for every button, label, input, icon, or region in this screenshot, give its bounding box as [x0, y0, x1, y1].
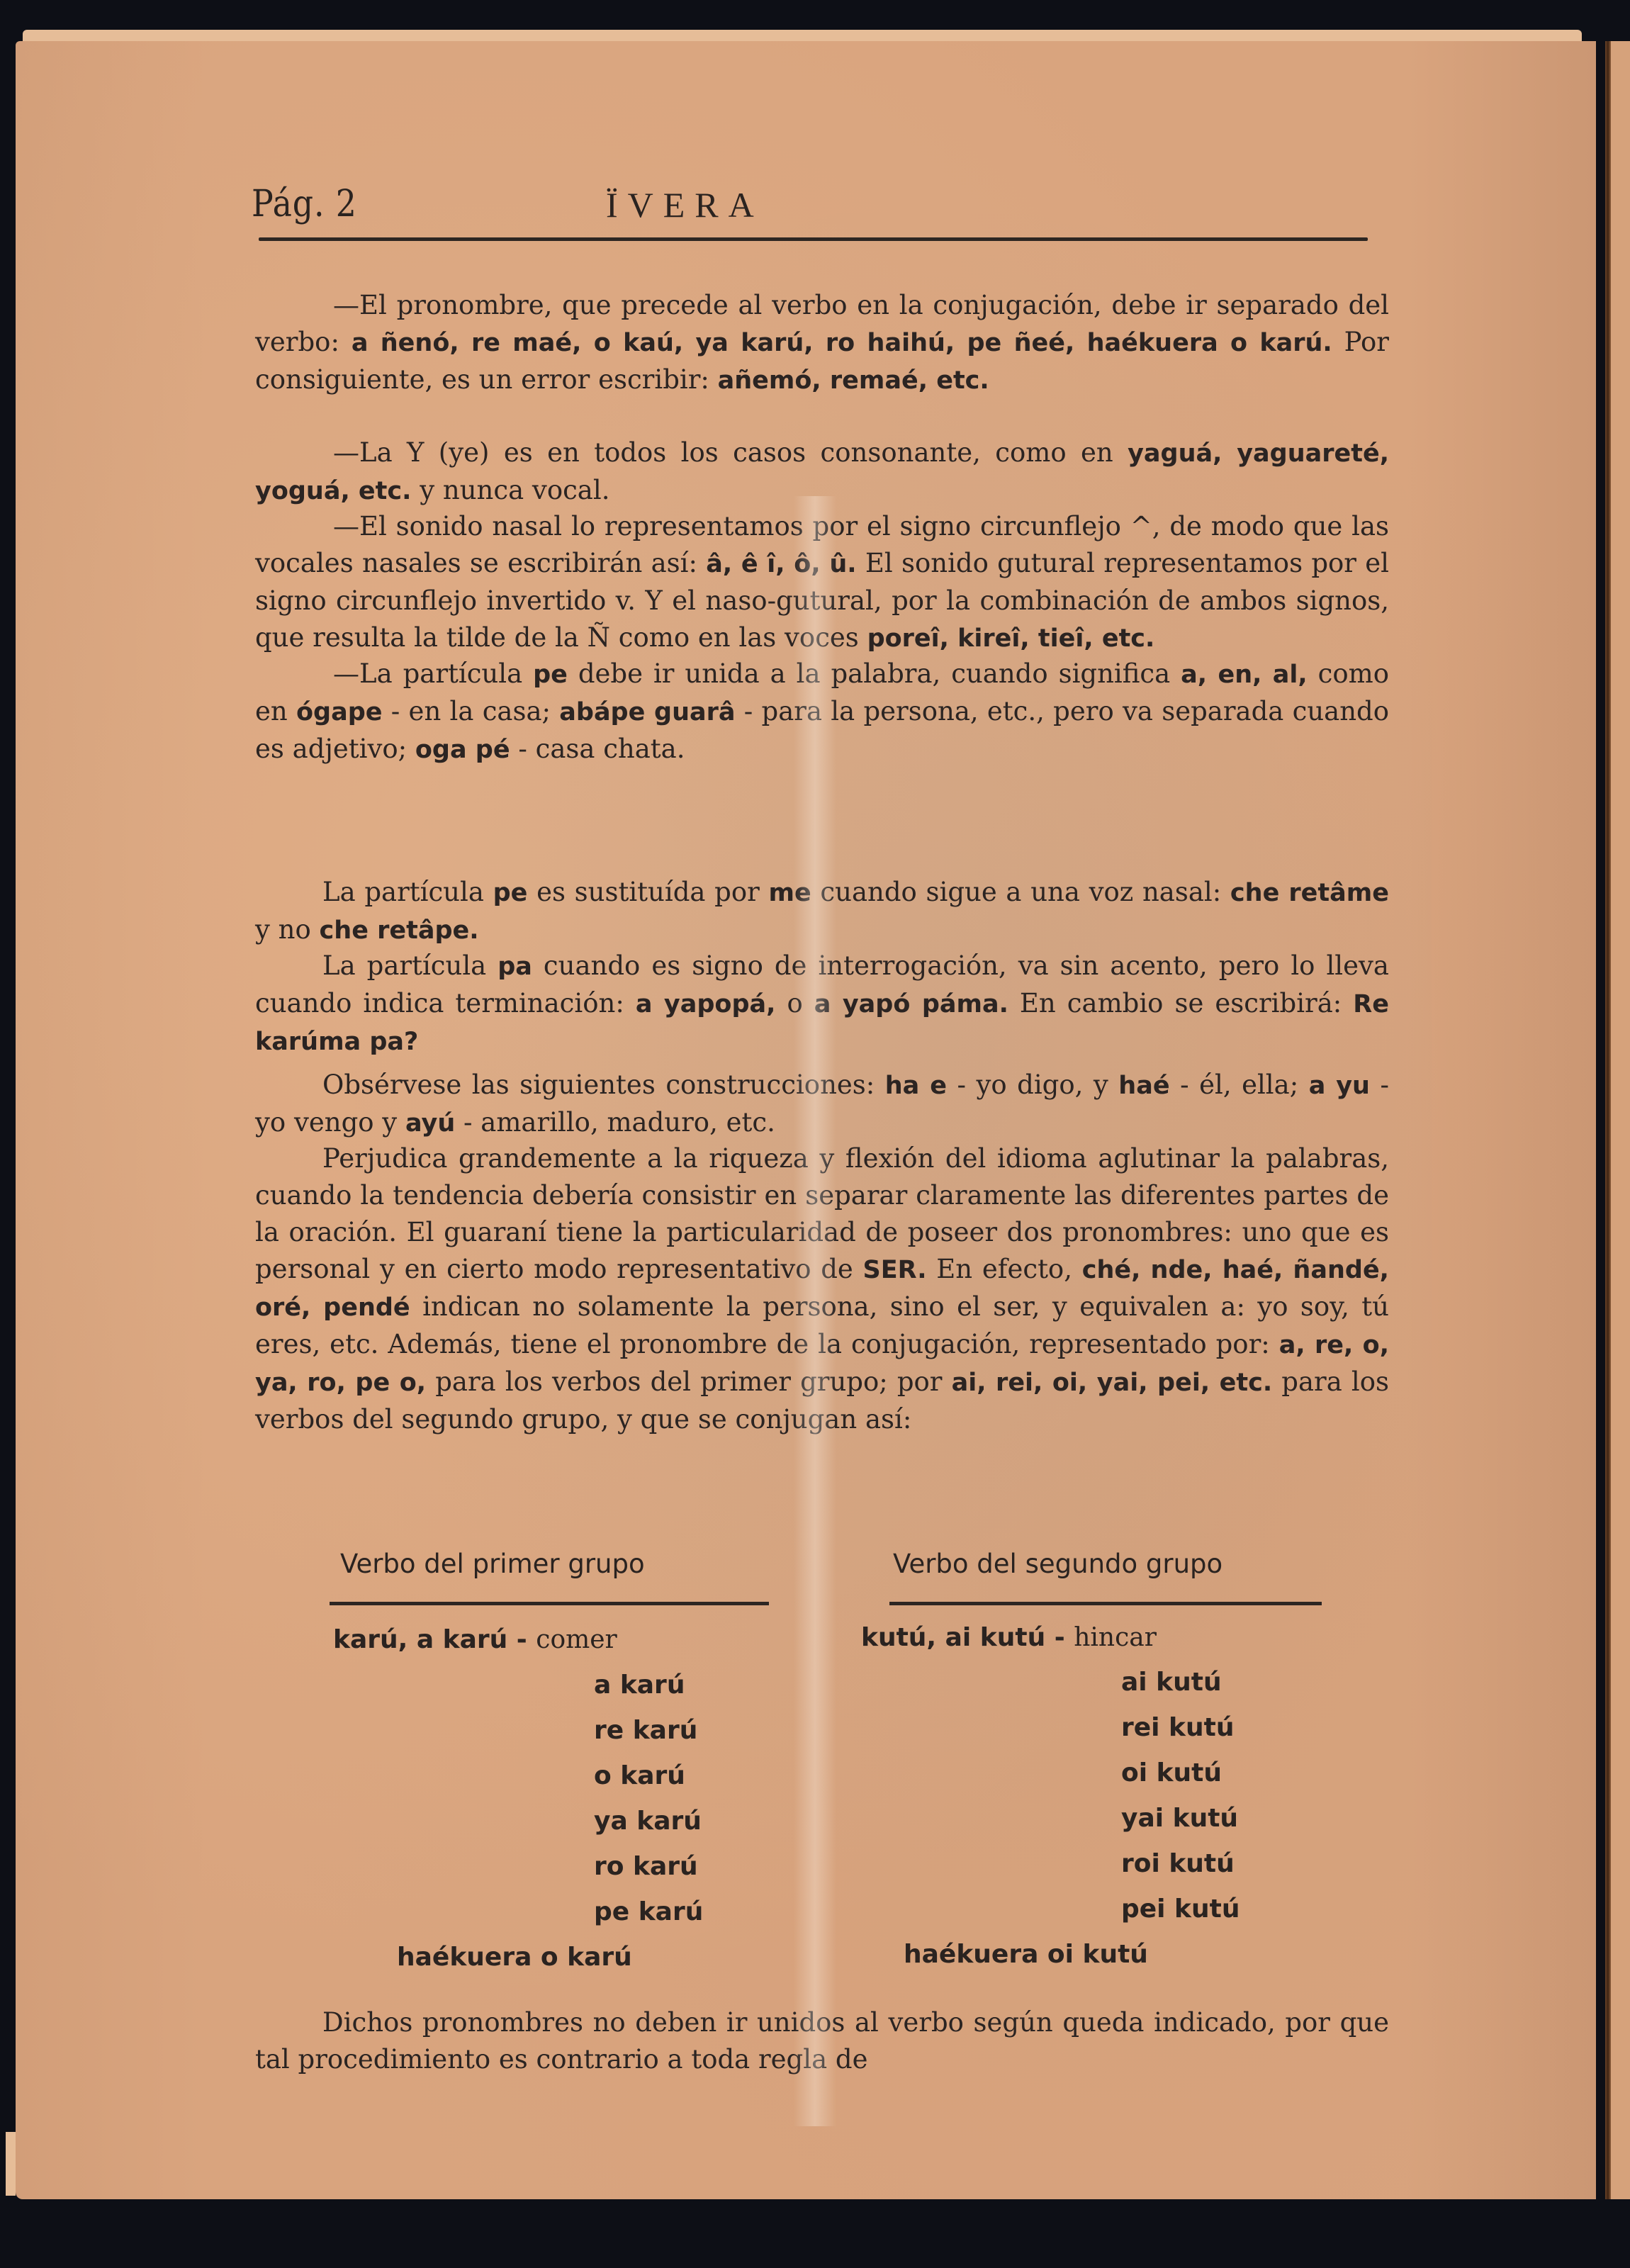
group1-form: ya karú [594, 1807, 702, 1836]
guarani-term: a ñenó, re maé, o kaú, ya karú, ro haihú… [352, 329, 1332, 357]
text-run: En efecto, [927, 1254, 1082, 1284]
group2-form: oi kutú [1121, 1758, 1222, 1787]
text-run: es sustituída por [527, 877, 768, 907]
group2-plural: haékuera oi kutú [904, 1940, 1148, 1969]
header-underline [889, 1602, 1322, 1605]
text-run: - casa chata. [510, 734, 685, 764]
paragraph: —La partícula pe debe ir unida a la pala… [255, 656, 1389, 768]
guarani-term: poreî, kireî, tieî, etc. [867, 624, 1155, 653]
text-run: debe ir unida a la palabra, cuando signi… [568, 658, 1181, 689]
guarani-term: ai, rei, oi, yai, pei, etc. [952, 1369, 1273, 1397]
guarani-term: a yapopá, [636, 990, 776, 1018]
page-number: Pág. 2 [252, 183, 357, 225]
group2-lead: kutú, ai kutú - hincar [861, 1623, 1157, 1652]
text-run: y no [255, 914, 320, 945]
group1-form: ro karú [594, 1852, 698, 1881]
paragraph: —El sonido nasal lo representamos por el… [255, 508, 1389, 657]
text-run: - amarillo, maduro, etc. [455, 1107, 775, 1138]
page-edge [6, 2132, 16, 2196]
guarani-term: a, en, al, [1181, 661, 1308, 689]
guarani-term: a yu [1309, 1072, 1370, 1100]
text-run: o [775, 988, 814, 1018]
text-run: —La partícula [333, 658, 533, 689]
binding-fold [1605, 41, 1611, 2199]
column-header-group1: Verbo del primer grupo [340, 1549, 645, 1579]
text-run: indican no solamente la persona, sino el… [255, 1291, 1389, 1359]
group2-form: rei kutú [1121, 1713, 1234, 1742]
text-run: En cambio se escribirá: [1008, 988, 1353, 1018]
text-run: Obsérvese las siguientes construcciones: [322, 1070, 885, 1100]
guarani-term: ayú [405, 1109, 455, 1138]
guarani-term: añemó, remaé, etc. [718, 366, 989, 395]
publication-title: ÏVERA [606, 184, 764, 225]
conjugation-table: Verbo del primer grupo Verbo del segundo… [326, 1549, 1332, 1988]
group2-form: pei kutú [1121, 1894, 1240, 1924]
closing-paragraph: Dichos pronombres no deben ir unidos al … [255, 2004, 1389, 2078]
text-run: - yo digo, y [947, 1070, 1118, 1100]
paragraph: Perjudica grandemente a la riqueza y fle… [255, 1140, 1389, 1438]
group1-lead: karú, a karú - comer [333, 1625, 617, 1654]
group1-form: pe karú [594, 1897, 703, 1926]
guarani-term: pe [533, 661, 568, 689]
guarani-term: oga pé [415, 736, 510, 764]
text-run: —La Y (ye) es en todos los casos consona… [333, 437, 1128, 468]
guarani-term: pe [493, 879, 528, 907]
guarani-term: ha e [885, 1072, 947, 1100]
paragraph: —El pronombre, que precede al verbo en l… [255, 287, 1389, 399]
text-run: cuando sigue a una voz nasal: [811, 877, 1230, 907]
group2-form: roi kutú [1121, 1849, 1235, 1878]
group2-form: yai kutú [1121, 1804, 1238, 1833]
group2-form: ai kutú [1121, 1668, 1222, 1697]
group1-form: re karú [594, 1716, 697, 1745]
header-underline [330, 1602, 769, 1605]
page-header: Pág. 2 ÏVERA [252, 183, 1371, 240]
text-run: y nunca vocal. [411, 475, 609, 505]
text-run: - en la casa; [383, 696, 560, 726]
paragraph: —La Y (ye) es en todos los casos consona… [255, 434, 1389, 510]
page-edge [23, 30, 1582, 41]
text-run: La partícula [322, 877, 493, 907]
group1-form: o karú [594, 1761, 685, 1790]
column-header-group2: Verbo del segundo grupo [893, 1549, 1222, 1579]
guarani-term: abápe guarâ [559, 698, 735, 726]
group1-plural: haékuera o karú [397, 1943, 632, 1972]
guarani-term: me [769, 879, 811, 907]
text-run: - él, ella; [1170, 1070, 1309, 1100]
guarani-term: ógape [296, 698, 383, 726]
paragraph: La partícula pe es sustituída por me cua… [255, 874, 1389, 949]
guarani-term: â, ê î, ô, û. [706, 550, 856, 578]
guarani-term: a yapó páma. [814, 990, 1008, 1018]
guarani-term: SER. [863, 1256, 927, 1284]
group1-form: a karú [594, 1671, 685, 1700]
guarani-term: che retâpe. [320, 916, 479, 945]
text-run: La partícula [322, 950, 498, 981]
paragraph: La partícula pa cuando es signo de inter… [255, 948, 1389, 1060]
guarani-term: pa [498, 953, 532, 981]
adjacent-page-strip [1611, 41, 1630, 2199]
guarani-term: che retâme [1230, 879, 1389, 907]
guarani-term: haé [1118, 1072, 1169, 1100]
header-rule [259, 237, 1368, 241]
text-run: para los verbos del primer grupo; por [426, 1366, 952, 1397]
paragraph: Obsérvese las siguientes construcciones:… [255, 1067, 1389, 1142]
